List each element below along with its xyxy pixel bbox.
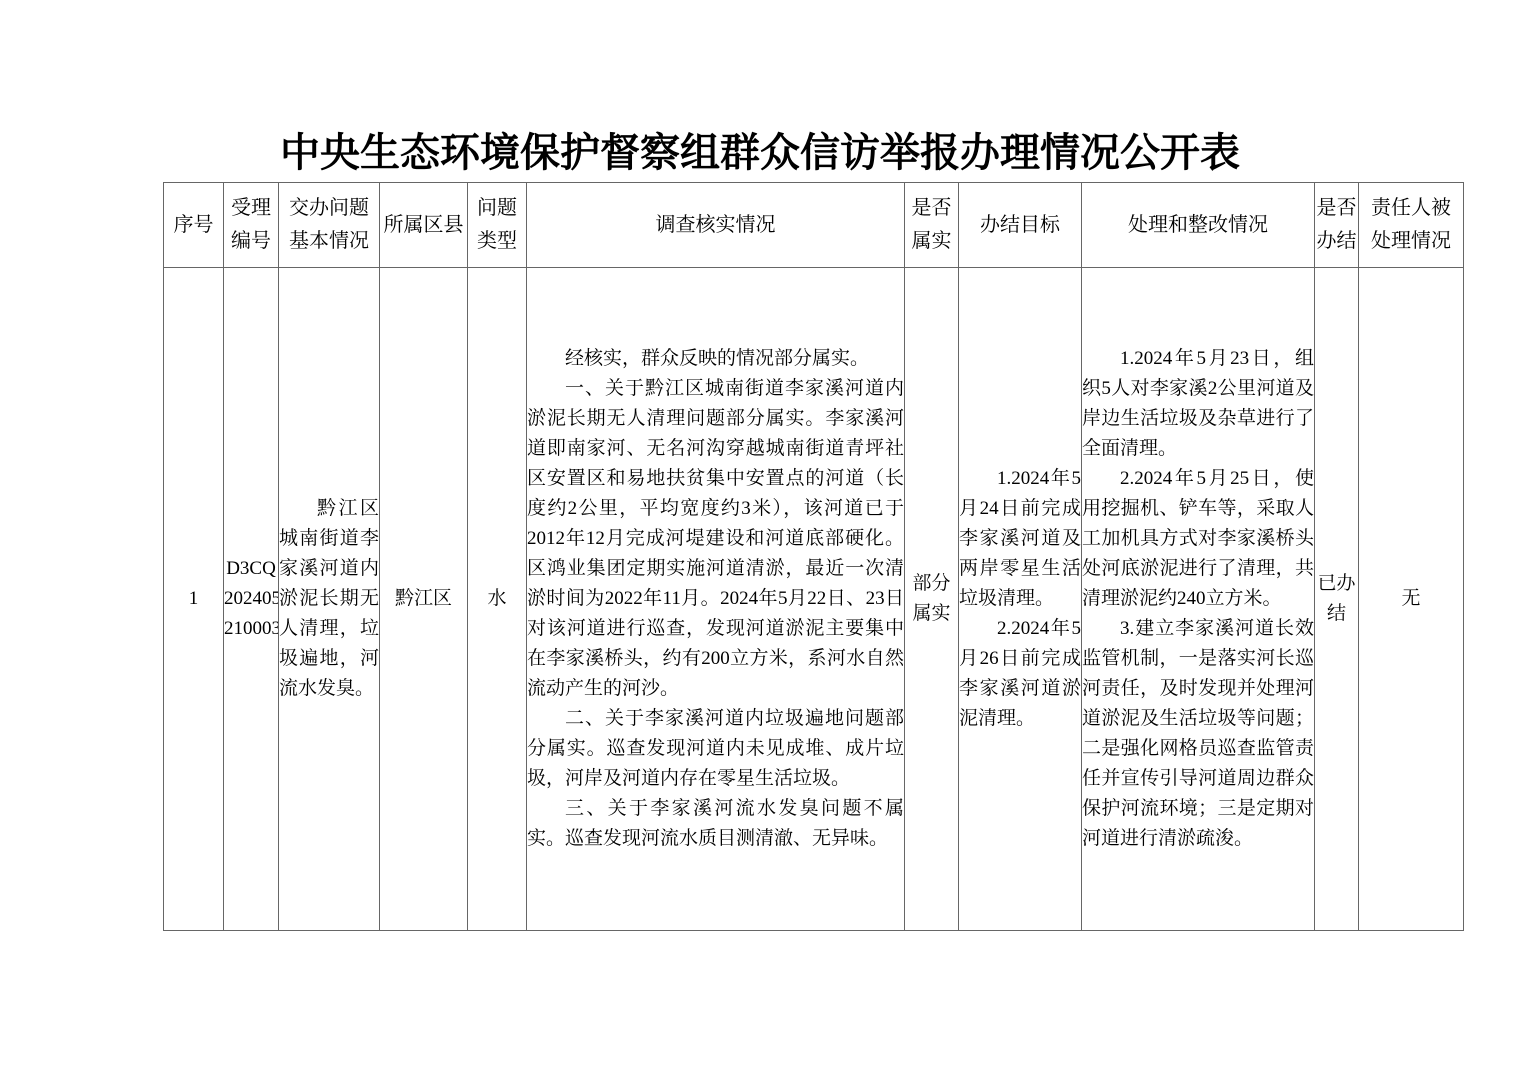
paragraph: D3CQ — [224, 554, 278, 584]
target-text: 1.2024年5月24日前完成李家溪河道及两岸零星生活垃圾清理。2.2024年5… — [959, 464, 1081, 734]
col-header-verified: 是否 属实 — [905, 183, 959, 268]
col-header-investigation: 调查核实情况 — [527, 183, 905, 268]
paragraph: 2.2024年5月26日前完成李家溪河道淤泥清理。 — [959, 614, 1081, 734]
cell-district: 黔江区 — [380, 268, 468, 931]
problem-text: 黔江区城南街道李家溪河道内淤泥长期无人清理，垃圾遍地，河流水发臭。 — [279, 494, 379, 704]
acceptance-no-lines: D3CQ202405210003 — [224, 554, 278, 644]
paragraph: 210003 — [224, 614, 278, 644]
cell-handling: 1.2024年5月23日，组织5人对李家溪2公里河道及岸边生活垃圾及杂草进行了全… — [1082, 268, 1315, 931]
cell-accountability: 无 — [1359, 268, 1464, 931]
col-header-accountability: 责任人被 处理情况 — [1359, 183, 1464, 268]
table-row: 1 D3CQ202405210003 黔江区城南街道李家溪河道内淤泥长期无人清理… — [164, 268, 1464, 931]
paragraph: 经核实，群众反映的情况部分属实。 — [527, 344, 904, 374]
cell-problem: 黔江区城南街道李家溪河道内淤泥长期无人清理，垃圾遍地，河流水发臭。 — [279, 268, 380, 931]
col-header-district: 所属区县 — [380, 183, 468, 268]
col-header-acceptance-no: 受理 编号 — [224, 183, 279, 268]
cell-verified: 部分属实 — [905, 268, 959, 931]
cell-target: 1.2024年5月24日前完成李家溪河道及两岸零星生活垃圾清理。2.2024年5… — [959, 268, 1082, 931]
col-header-serial: 序号 — [164, 183, 224, 268]
paragraph: 三、关于李家溪河流水发臭问题不属实。巡查发现河流水质目测清澈、无异味。 — [527, 794, 904, 854]
paragraph: 1.2024年5月24日前完成李家溪河道及两岸零星生活垃圾清理。 — [959, 464, 1081, 614]
investigation-text: 经核实，群众反映的情况部分属实。一、关于黔江区城南街道李家溪河道内淤泥长期无人清… — [527, 344, 904, 854]
col-header-problem: 交办问题 基本情况 — [279, 183, 380, 268]
paragraph: 一、关于黔江区城南街道李家溪河道内淤泥长期无人清理问题部分属实。李家溪河道即南家… — [527, 374, 904, 704]
col-header-completed: 是否 办结 — [1315, 183, 1359, 268]
cell-completed: 已办结 — [1315, 268, 1359, 931]
page-title: 中央生态环境保护督察组群众信访举报办理情况公开表 — [0, 130, 1520, 176]
header-row: 序号 受理 编号 交办问题 基本情况 所属区县 问题 类型 调查核实情况 是否 … — [164, 183, 1464, 268]
col-header-handling: 处理和整改情况 — [1082, 183, 1315, 268]
col-header-target: 办结目标 — [959, 183, 1082, 268]
cell-serial: 1 — [164, 268, 224, 931]
col-header-type: 问题 类型 — [468, 183, 527, 268]
cell-acceptance-no: D3CQ202405210003 — [224, 268, 279, 931]
document-page: 中央生态环境保护督察组群众信访举报办理情况公开表 序号 受理 编号 交办问题 基… — [0, 0, 1520, 1074]
report-table: 序号 受理 编号 交办问题 基本情况 所属区县 问题 类型 调查核实情况 是否 … — [163, 182, 1464, 931]
cell-investigation: 经核实，群众反映的情况部分属实。一、关于黔江区城南街道李家溪河道内淤泥长期无人清… — [527, 268, 905, 931]
paragraph: 3.建立李家溪河道长效监管机制，一是落实河长巡河责任，及时发现并处理河道淤泥及生… — [1082, 614, 1314, 854]
paragraph: 二、关于李家溪河道内垃圾遍地问题部分属实。巡查发现河道内未见成堆、成片垃圾，河岸… — [527, 704, 904, 794]
paragraph: 202405 — [224, 584, 278, 614]
cell-type: 水 — [468, 268, 527, 931]
handling-text: 1.2024年5月23日，组织5人对李家溪2公里河道及岸边生活垃圾及杂草进行了全… — [1082, 344, 1314, 854]
paragraph: 2.2024年5月25日，使用挖掘机、铲车等，采取人工加机具方式对李家溪桥头处河… — [1082, 464, 1314, 614]
paragraph: 1.2024年5月23日，组织5人对李家溪2公里河道及岸边生活垃圾及杂草进行了全… — [1082, 344, 1314, 464]
